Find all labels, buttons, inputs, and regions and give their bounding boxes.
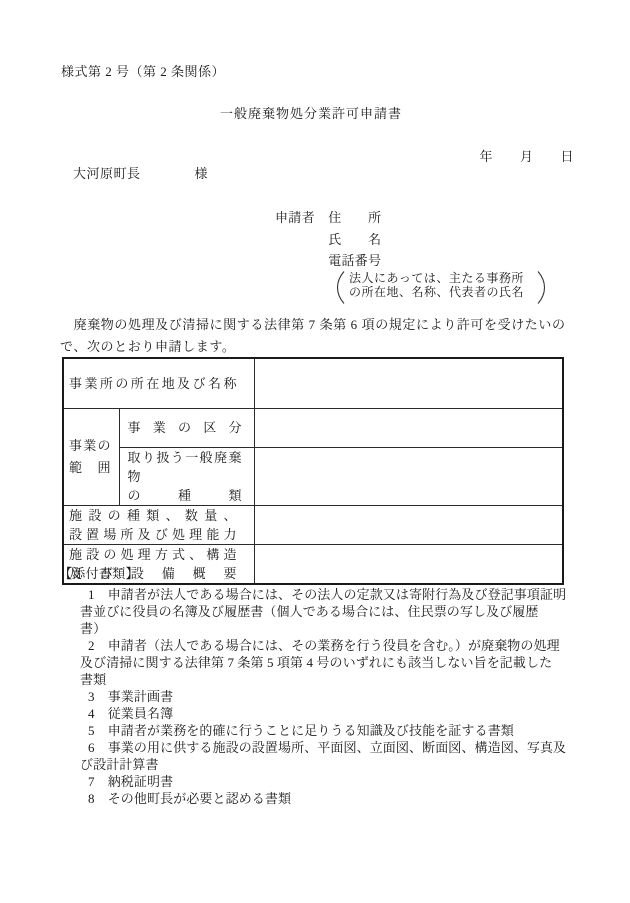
page-title: 一般廃棄物処分業許可申請書 <box>0 104 622 124</box>
intro-paragraph: 廃棄物の処理及び清掃に関する法律第 7 条第 6 項の規定により許可を受けたいの… <box>60 314 584 358</box>
business-scope-label: 事業の 範 囲 <box>63 408 119 505</box>
table-row: 事業所の所在地及び名称 <box>63 358 563 408</box>
attachment-item: 2 申請者（法人である場合には、その業務を行う役員を含む。）が廃棄物の処理 及び… <box>80 637 602 688</box>
business-category-value-cell <box>254 408 563 447</box>
office-location-label: 事業所の所在地及び名称 <box>63 358 254 408</box>
facility-overview-value-cell <box>254 505 563 544</box>
table-row: 取り扱う一般廃棄物 の 種 類 <box>63 447 563 505</box>
attachment-item: 1 申請者が法人である場合には、その法人の定款又は寄附行為及び登記事項証明 書並… <box>80 586 602 637</box>
addressee-line: 大河原町長 様 <box>73 164 208 184</box>
attachment-item: 5 申請者が業務を的確に行うことに足りうる知識及び技能を証する書類 <box>80 722 602 739</box>
attachments-heading: 【添付書類】 <box>59 564 602 584</box>
paren-open-icon <box>336 270 345 305</box>
table-row: 施設の種類、数量、 設置場所及び処理能力 <box>63 505 563 544</box>
document-page: 様式第 2 号（第 2 条関係） 一般廃棄物処分業許可申請書 年 月 日 大河原… <box>0 0 630 903</box>
attachments-list: 1 申請者が法人である場合には、その法人の定款又は寄附行為及び登記事項証明 書並… <box>62 586 602 807</box>
facility-overview-label: 施設の種類、数量、 設置場所及び処理能力 <box>63 505 254 544</box>
application-table: 事業所の所在地及び名称 事業の 範 囲 事業の区分 取り扱う一般廃棄物 の 種 … <box>62 357 564 585</box>
form-code: 様式第 2 号（第 2 条関係） <box>61 62 225 81</box>
office-location-value-cell <box>254 358 563 408</box>
waste-types-label: 取り扱う一般廃棄物 の 種 類 <box>119 447 254 505</box>
attachment-item: 8 その他町長が必要と認める書類 <box>80 790 602 807</box>
attachment-item: 4 従業員名簿 <box>80 705 602 722</box>
applicant-block: 申請者 住 所 氏 名 電話番号 <box>275 207 381 272</box>
paren-close-icon <box>537 270 546 305</box>
corporate-note: 法人にあっては、主たる事務所 の所在地、名称、代表者の氏名 <box>336 270 546 305</box>
corporate-note-text: 法人にあっては、主たる事務所 の所在地、名称、代表者の氏名 <box>345 270 537 305</box>
business-category-label: 事業の区分 <box>119 408 254 447</box>
attachment-item: 7 納税証明書 <box>80 773 602 790</box>
table-row: 事業の 範 囲 事業の区分 <box>63 408 563 447</box>
attachments-section: 【添付書類】 1 申請者が法人である場合には、その法人の定款又は寄附行為及び登記… <box>62 564 602 807</box>
waste-types-value-cell <box>254 447 563 505</box>
attachment-item: 3 事業計画書 <box>80 688 602 705</box>
attachment-item: 6 事業の用に供する施設の設置場所、平面図、立面図、断面図、構造図、写真及 び設… <box>80 739 602 773</box>
